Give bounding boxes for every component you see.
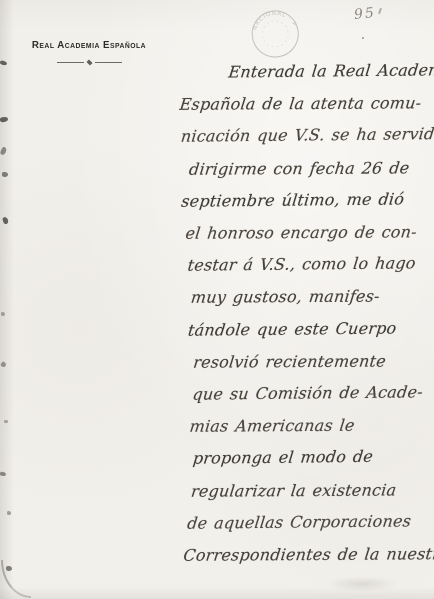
scan-speck bbox=[0, 146, 7, 155]
scan-speck bbox=[0, 116, 8, 122]
manuscript-line: que su Comisión de Acade- bbox=[191, 376, 434, 411]
manuscript-line: Española de la atenta comu- bbox=[178, 87, 434, 121]
scan-speck bbox=[2, 216, 9, 224]
corner-fold-mark bbox=[1, 560, 31, 598]
letterhead: Real Academia Española bbox=[26, 40, 152, 65]
manuscript-line: nicación que V.S. se ha servido bbox=[179, 119, 434, 154]
manuscript-line: Enterada la Real Academia bbox=[227, 54, 434, 88]
manuscript-line: dirigirme con fecha 26 de bbox=[187, 152, 434, 186]
letterhead-divider bbox=[26, 60, 152, 65]
manuscript: Enterada la Real AcademiaEspañola de la … bbox=[178, 55, 434, 572]
pen-tick-mark bbox=[378, 8, 382, 14]
manuscript-line: testar á V.S., como lo hago bbox=[186, 247, 434, 282]
scan-speck bbox=[0, 472, 6, 477]
scan-speck bbox=[1, 312, 5, 316]
manuscript-line: de aquellas Corporaciones bbox=[185, 505, 434, 540]
scan-speck bbox=[0, 361, 7, 368]
manuscript-line: el honroso encargo de con- bbox=[184, 216, 434, 250]
manuscript-line: septiembre último, me dió bbox=[180, 183, 434, 218]
scan-speck bbox=[4, 420, 8, 423]
manuscript-page: Real Academia Española · NACIONAL · P 95… bbox=[0, 0, 434, 599]
manuscript-line: resolvió recientemente bbox=[191, 345, 434, 379]
letterhead-title: Real Academia Española bbox=[28, 40, 150, 51]
manuscript-line: proponga el modo de bbox=[191, 441, 434, 476]
ink-smudge bbox=[326, 576, 398, 592]
manuscript-line: Correspondientes de la nuestra bbox=[182, 538, 434, 572]
manuscript-line: tándole que este Cuerpo bbox=[186, 312, 434, 347]
scan-speck bbox=[7, 511, 11, 515]
divider-line bbox=[57, 62, 84, 63]
diamond-ornament-icon bbox=[86, 59, 92, 65]
scan-speck bbox=[0, 60, 7, 66]
pen-dot-mark bbox=[362, 37, 364, 39]
scan-speck bbox=[2, 172, 8, 177]
manuscript-line: muy gustoso, manifes- bbox=[189, 281, 434, 315]
manuscript-line: mias Americanas le bbox=[188, 409, 434, 443]
manuscript-line: regularizar la existencia bbox=[189, 474, 434, 508]
page-number: 95 bbox=[353, 5, 376, 23]
divider-line bbox=[95, 62, 122, 63]
